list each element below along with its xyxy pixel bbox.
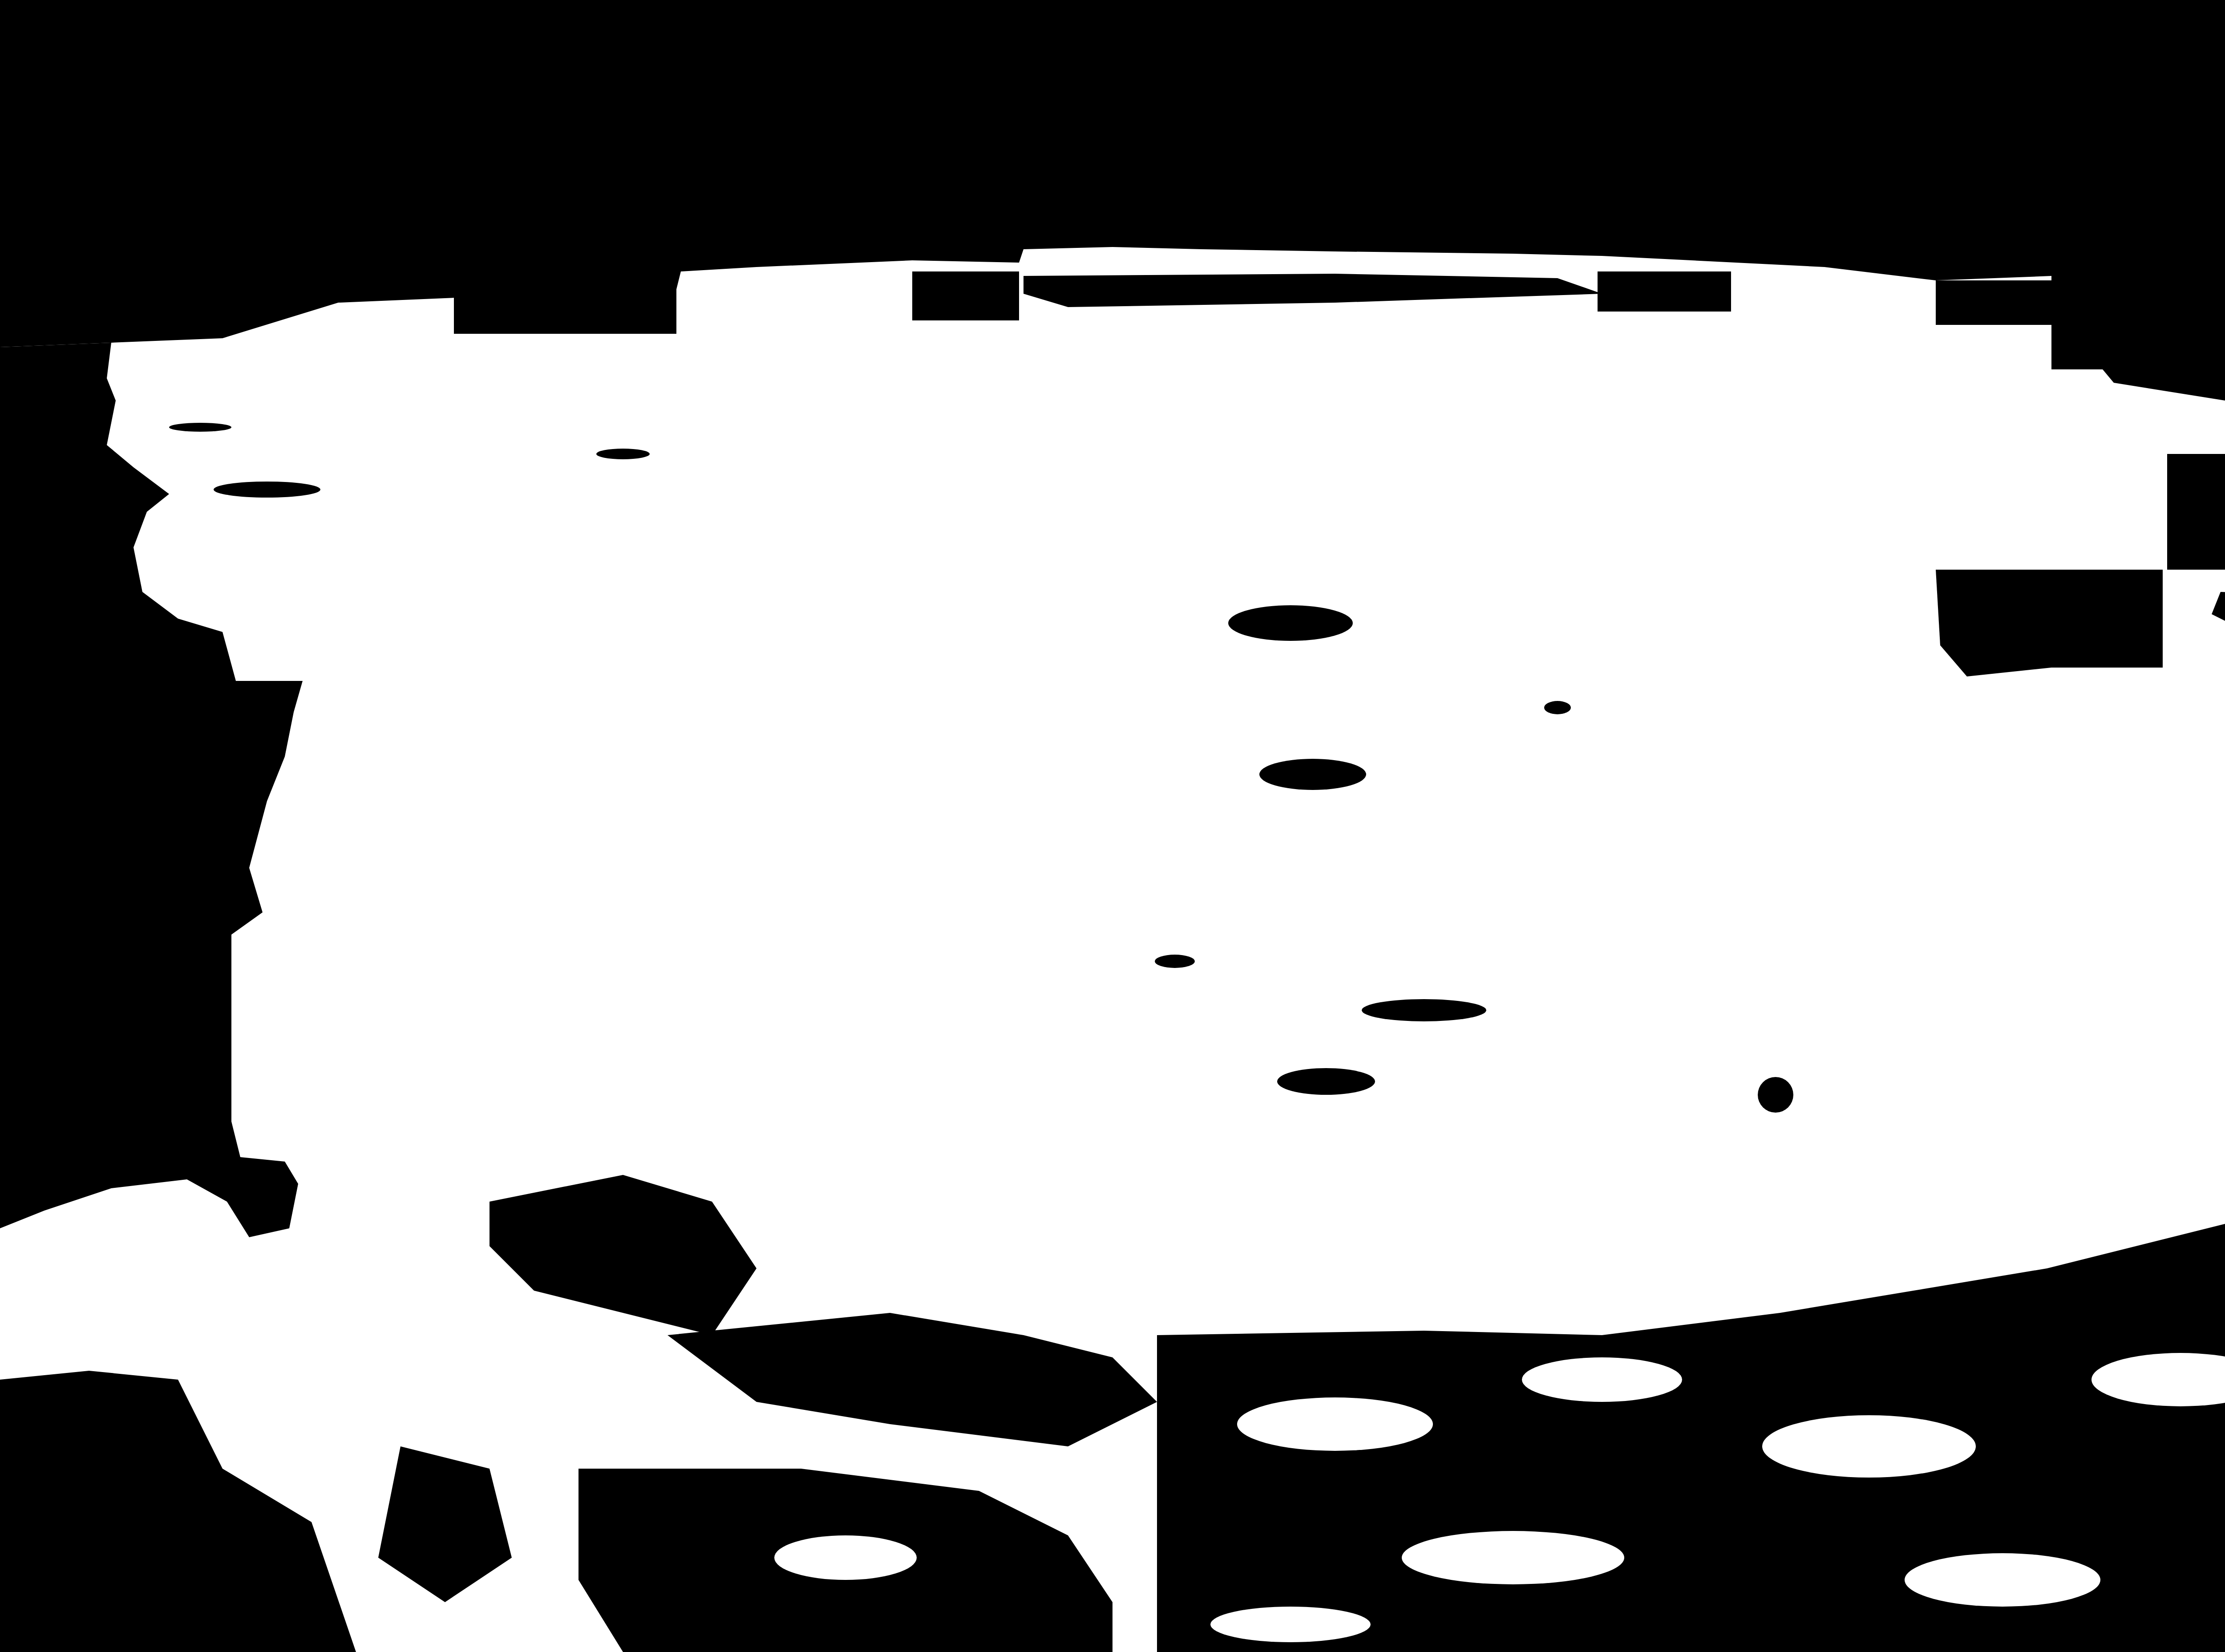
binarized-lake-photo (0, 0, 2225, 1652)
